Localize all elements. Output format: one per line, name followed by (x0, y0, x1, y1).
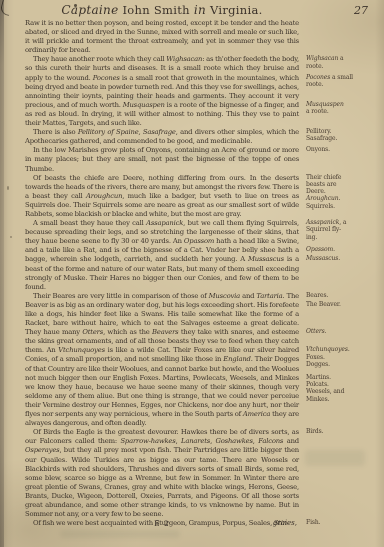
margin-column: Beares.The Beaver.Otters.Vtchunquoyes.Fo… (299, 292, 374, 428)
margin-note: Vtchunquoyes.Foxes.Dogges. (306, 346, 372, 368)
margin-note: Musquaspena roote. (306, 101, 372, 116)
page-number: 27 (354, 4, 368, 17)
body-paragraph: Of Birds the Eagle is the greatest devou… (25, 428, 299, 519)
catchword: graies, (273, 519, 297, 527)
margin-note: Wighsacan aroote. (306, 55, 372, 70)
body-paragraph: A small beast they haue they call Assapa… (25, 219, 299, 292)
margin-note: Mussascus. (306, 255, 372, 262)
body-paragraph: In the low Marishes grow plots of Onyons… (25, 146, 299, 173)
body-paragraph: There is also Pellitory of Spaine, Sasaf… (25, 128, 299, 146)
running-header-title: Captaine Iohn Smith in Virginia. (25, 3, 299, 17)
margin-column: Birds. (299, 428, 374, 519)
margin-note: Beares. (306, 292, 372, 299)
margin-column: Wighsacan aroote.Pocones a smallroote.Mu… (299, 55, 374, 128)
paragraph-row: In the low Marishes grow plots of Onyons… (25, 146, 374, 173)
margin-note: Onyons. (306, 146, 372, 153)
paragraph-row: A small beast they haue they call Assapa… (25, 219, 374, 292)
margin-column: Fish. (299, 519, 374, 528)
margin-column: Assapanick, aSquirrel fly-ing.Opassom.Mu… (299, 219, 374, 292)
margin-note: Birds. (306, 428, 372, 435)
margin-note: Otters. (306, 328, 372, 335)
margin-note: Pellitory.Sasafrage. (306, 128, 372, 143)
bleed-through-stain (60, 530, 180, 538)
page-left-edge (0, 0, 4, 547)
signature-mark: E 2 (25, 519, 299, 528)
margin-note: Martins.Polcats.Weesels, andMinkes. (306, 374, 372, 403)
paragraph-row: Their Beares are very little in comparis… (25, 292, 374, 428)
paragraph-row: There is also Pellitory of Spaine, Sasaf… (25, 128, 374, 146)
paragraph-row: They haue another roote which they call … (25, 55, 374, 128)
body-paragraph: Their Beares are very little in comparis… (25, 292, 299, 428)
paragraph-row: Raw it is no better then poyson, and bei… (25, 19, 374, 55)
margin-column: Pellitory.Sasafrage. (299, 128, 374, 146)
body-paragraph: Of beasts the chiefe are Deere, nothing … (25, 174, 299, 219)
margin-note: The Beaver. (306, 301, 372, 308)
margin-note: Opassom. (306, 246, 372, 253)
ink-speck (7, 186, 9, 190)
paragraph-row: Of Birds the Eagle is the greatest devou… (25, 428, 374, 519)
margin-column: Onyons. (299, 146, 374, 173)
margin-note: Their chiefebeasts areDeere.Aroughcun.Sq… (306, 174, 372, 210)
margin-note: Assapanick, aSquirrel fly-ing. (306, 219, 372, 241)
margin-column (299, 19, 374, 55)
body-paragraph: They haue another roote which they call … (25, 55, 299, 128)
paragraph-row: Of beasts the chiefe are Deere, nothing … (25, 174, 374, 219)
body-paragraph: Raw it is no better then poyson, and bei… (25, 19, 299, 55)
margin-note: Pocones a smallroote. (306, 74, 372, 89)
margin-column: Their chiefebeasts areDeere.Aroughcun.Sq… (299, 174, 374, 219)
ink-speck (10, 236, 12, 238)
book-page: Captaine Iohn Smith in Virginia. 27 Raw … (0, 0, 384, 547)
margin-note: Fish. (306, 519, 372, 526)
body-text: Raw it is no better then poyson, and bei… (25, 19, 374, 528)
